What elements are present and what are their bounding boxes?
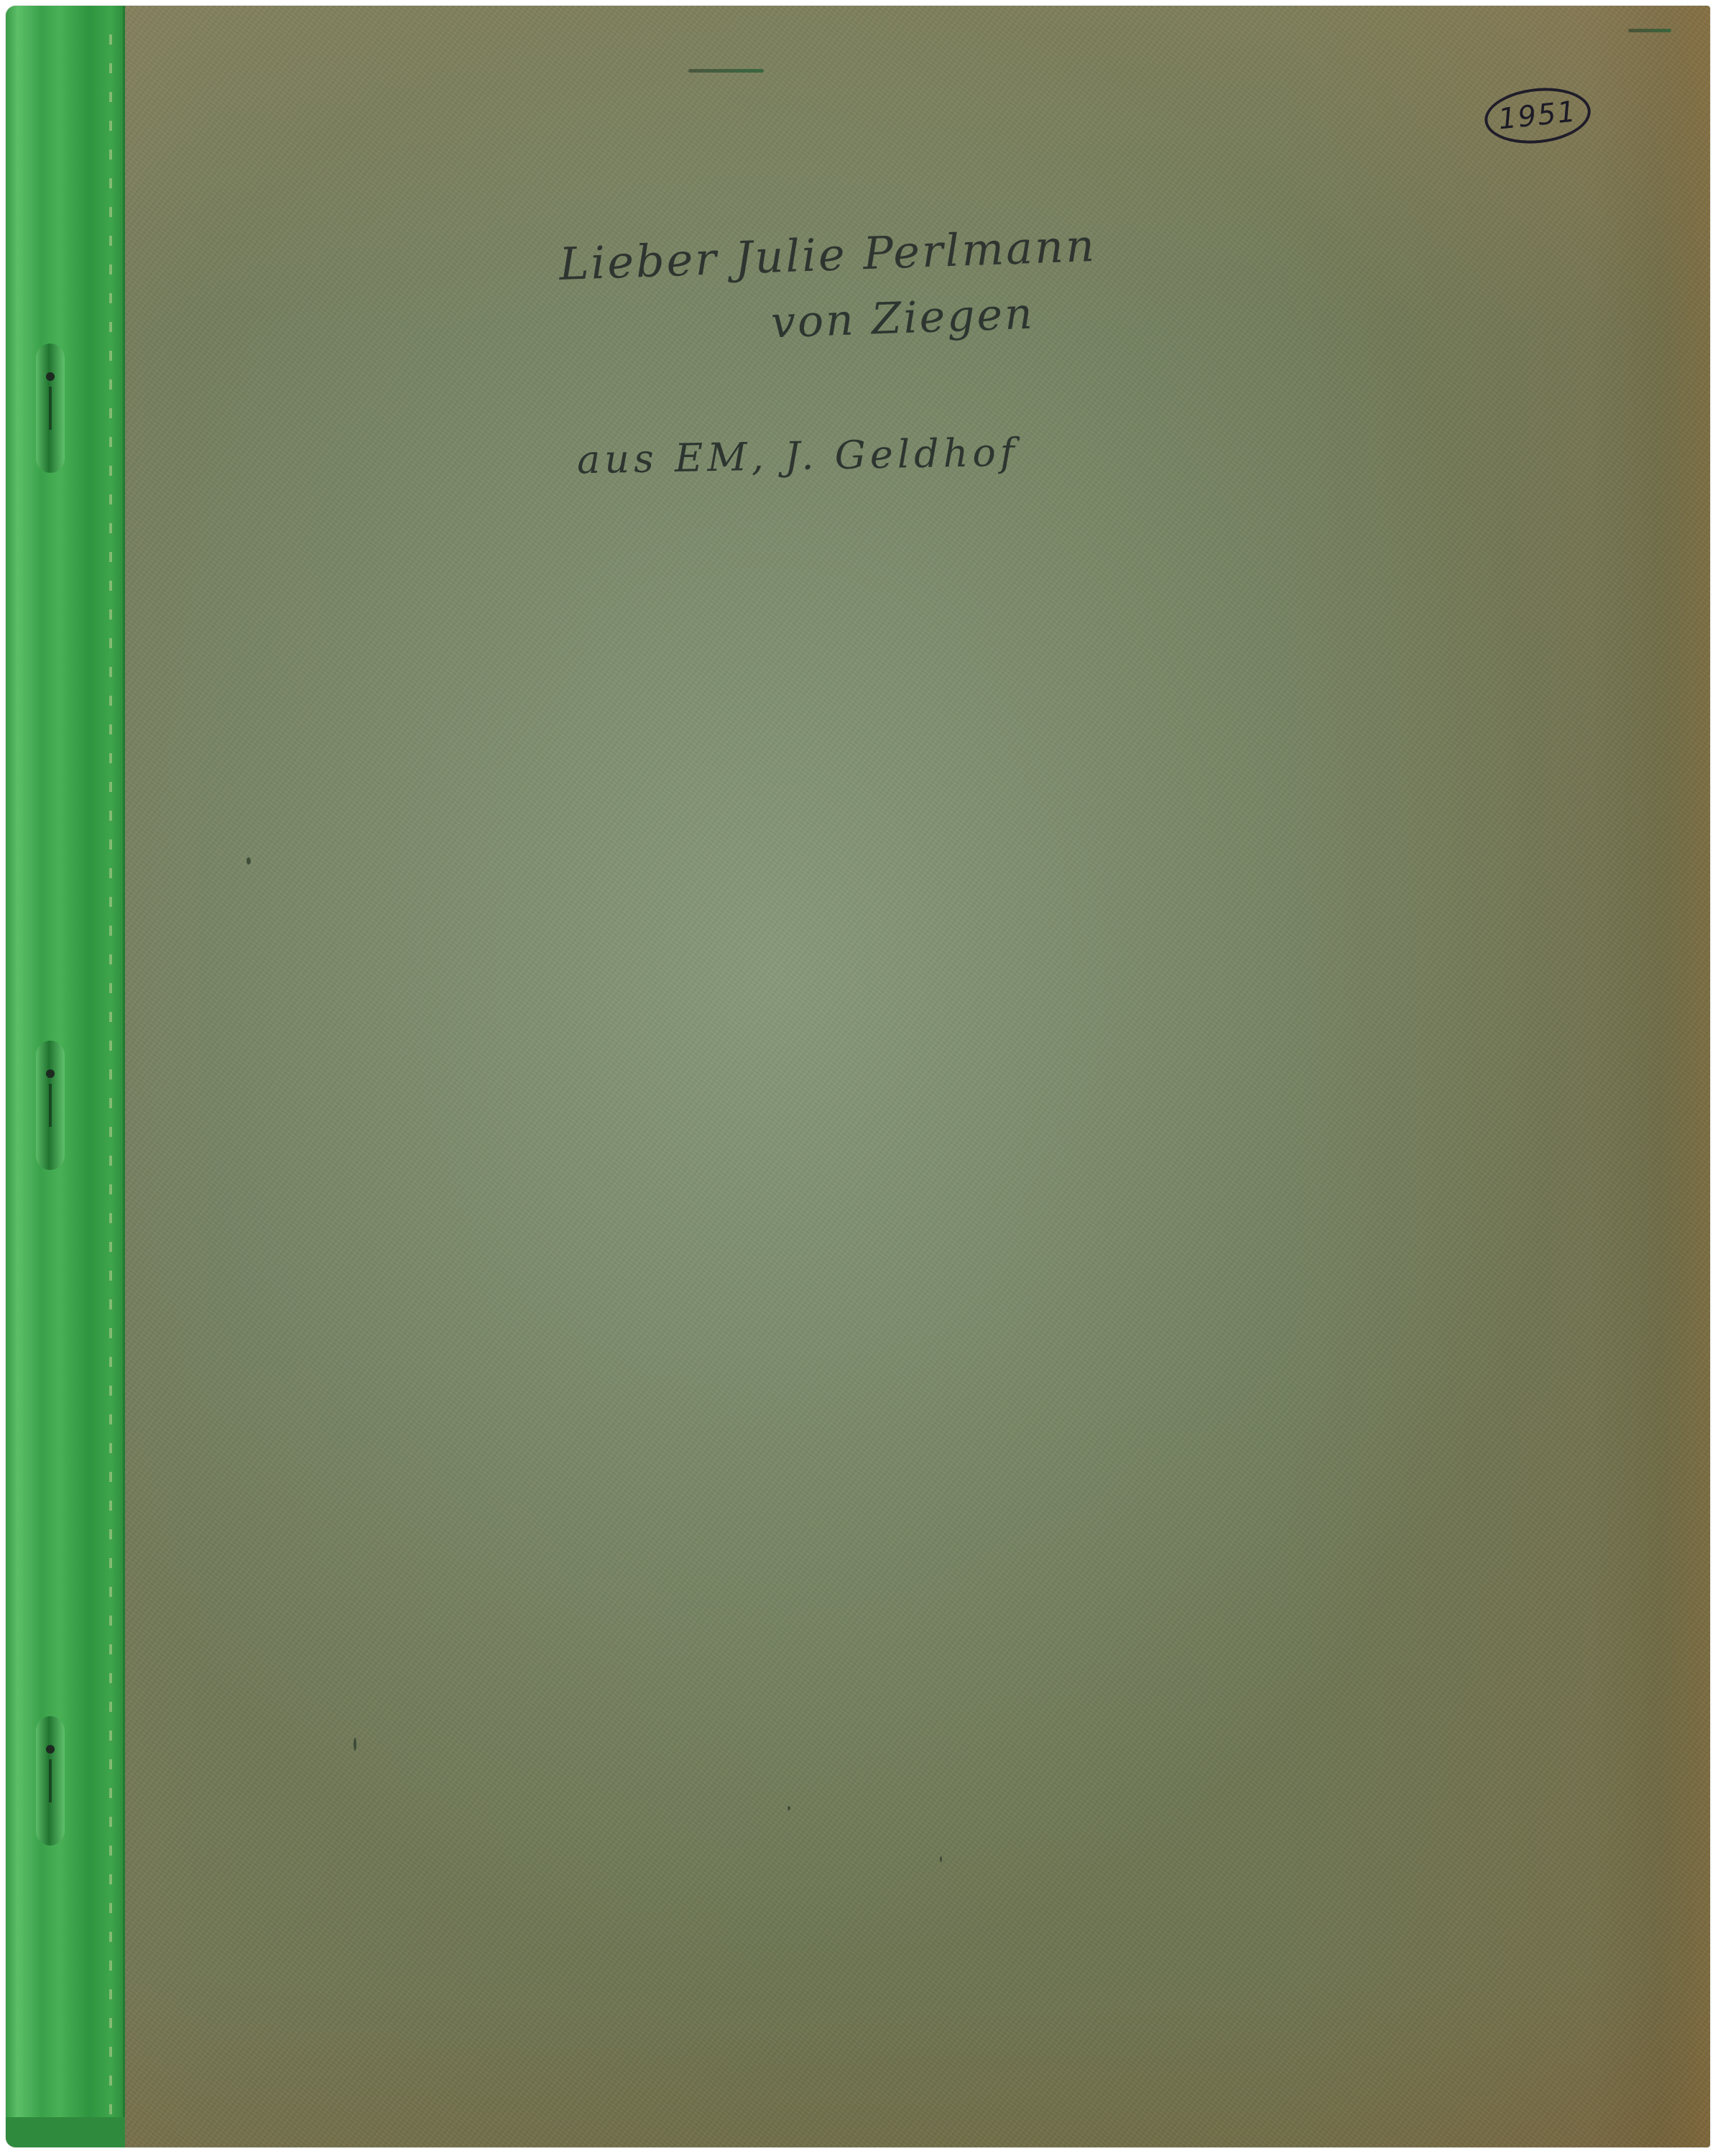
handwritten-title-line-2: von Ziegen bbox=[770, 289, 1035, 349]
paper-speck bbox=[788, 1806, 790, 1810]
notebook-cover: 1951 Lieber Julie Perlmann von Ziegen au… bbox=[6, 6, 1710, 2147]
green-spine-tape bbox=[6, 6, 125, 2147]
year-text: 1951 bbox=[1497, 95, 1579, 136]
staple-icon bbox=[36, 344, 65, 473]
spine-bottom-cap bbox=[6, 2117, 125, 2147]
ink-mark bbox=[688, 69, 764, 73]
aged-right-edge bbox=[1660, 6, 1710, 2147]
staple-icon bbox=[36, 1716, 65, 1846]
spine-tape-edge bbox=[109, 34, 112, 2119]
ink-mark bbox=[1628, 29, 1671, 32]
paper-speck bbox=[246, 857, 251, 865]
year-annotation: 1951 bbox=[1482, 83, 1593, 148]
staple-icon bbox=[36, 1041, 65, 1170]
paper-speck bbox=[940, 1856, 942, 1862]
handwritten-provenance-line: aus EM, J. Geldhof bbox=[576, 430, 1019, 483]
paper-speck bbox=[354, 1738, 356, 1751]
handwritten-title-line-1: Lieber Julie Perlmann bbox=[558, 219, 1097, 290]
